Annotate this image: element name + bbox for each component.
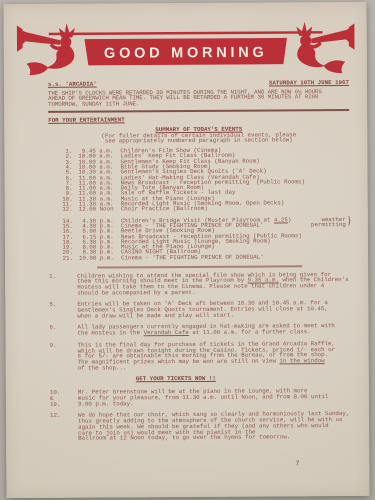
event-row: 12.12.00 NoonChoir Practice (Ballroom) [49, 205, 350, 212]
summary-note-line2: see appropriately numbered paragraph in … [48, 137, 349, 144]
paragraph-text: Mr. Peter Greenstone will be at the pian… [78, 388, 351, 407]
event-description: Cinema - 'THE FIGHTING PRINCE OF DONEGAL… [121, 254, 264, 260]
detail-paragraphs: 1.Children wishing to attend the special… [49, 272, 351, 442]
tickets-cta: GET YOUR TICKETS NOW !! [136, 375, 351, 382]
paragraph: 9.This is the final day for purchase of … [50, 341, 351, 371]
paragraph-number: 6. [49, 325, 65, 337]
event-row: 21.10.00 p.m.Cinema - 'THE FIGHTING PRIN… [49, 254, 350, 261]
paragraph-number: 12. [50, 413, 66, 442]
paragraph-number: 1. [49, 273, 65, 296]
clocks-notice: THE SHIP'S CLOCKS WERE RETARDED 30 MINUT… [48, 89, 349, 107]
entertainment-heading: FOR YOUR ENTERTAINMENT [48, 115, 349, 124]
banner-ribbon-line [48, 31, 322, 35]
paragraph-number-line: 6. [49, 325, 65, 331]
typed-content: s.s. 'ARCADIA' SATURDAY 10TH JUNE 1967 T… [4, 79, 369, 442]
weather-permitting-brace: } [347, 215, 352, 227]
daily-program-sheet: GOOD MORNING s.s. 'ARCADIA' SATURDAY 10T… [3, 2, 369, 498]
mermaid-trumpeter-left-icon [16, 23, 74, 75]
ship-name: s.s. 'ARCADIA' [48, 81, 97, 88]
paragraph-number-line: 1. [49, 273, 65, 279]
paragraph-text-line: 9.00 p.m. today. [78, 400, 351, 407]
issue-date: SATURDAY 10TH JUNE 1967 [269, 79, 349, 86]
paragraph-text: We do hope that our choir, which sang so… [78, 411, 351, 441]
event-number: 12. [49, 207, 79, 212]
banner-title: GOOD MORNING [103, 45, 267, 62]
event-number: 21. [49, 255, 79, 260]
paragraph: 6.All lady passengers currently engaged … [49, 323, 350, 336]
page-number: 7 [295, 460, 299, 468]
masthead: s.s. 'ARCADIA' SATURDAY 10TH JUNE 1967 [48, 79, 349, 88]
events-list: } 1. 9.45 a.m.Children's Film Show (Cine… [48, 147, 350, 261]
paragraph-number-line: 9. [50, 343, 66, 349]
paragraph-number-line: 12. [50, 413, 66, 419]
paragraph-text-line: the Hostess in the Verandah Cafe at 11.0… [77, 329, 350, 336]
paragraph-text-line: Ballroom at 12 Noon today, to go over th… [78, 434, 351, 441]
divider-rule [48, 109, 349, 113]
paragraph-text: All lady passengers currently engaged in… [77, 323, 350, 336]
event-side-note: permitting [311, 222, 350, 228]
paragraph-text: Entries will be taken on 'A' Deck aft be… [77, 300, 350, 319]
paragraph-number: 5. [49, 302, 65, 319]
event-time: 12.00 Noon [79, 207, 119, 213]
event-time: 10.00 p.m. [79, 255, 119, 261]
paragraph-text: This is the final day for purchase of ti… [78, 341, 351, 371]
mermaid-trumpeter-right-icon [296, 22, 354, 74]
paragraph: 10.&19.Mr. Peter Greenstone will be at t… [50, 388, 351, 407]
event-description: Choir Practice (Ballroom) [121, 206, 208, 212]
paragraph-number: 10.&19. [50, 390, 66, 407]
paragraph: 12.We do hope that our choir, which sang… [50, 411, 351, 441]
paragraph: 1.Children wishing to attend the special… [49, 272, 350, 297]
paragraph: 5.Entries will be taken on 'A' Deck aft … [49, 300, 350, 319]
paragraph-number-line: 5. [49, 302, 65, 308]
paragraph-text-line: when a draw will be made and play will s… [77, 312, 350, 319]
good-morning-banner: GOOD MORNING [11, 15, 359, 77]
section-divider-rule [97, 265, 302, 268]
paragraph-text: Children wishing to attend the special f… [77, 272, 350, 296]
paragraph-number-line: 19. [50, 402, 66, 408]
paragraph-number: 9. [50, 343, 66, 372]
